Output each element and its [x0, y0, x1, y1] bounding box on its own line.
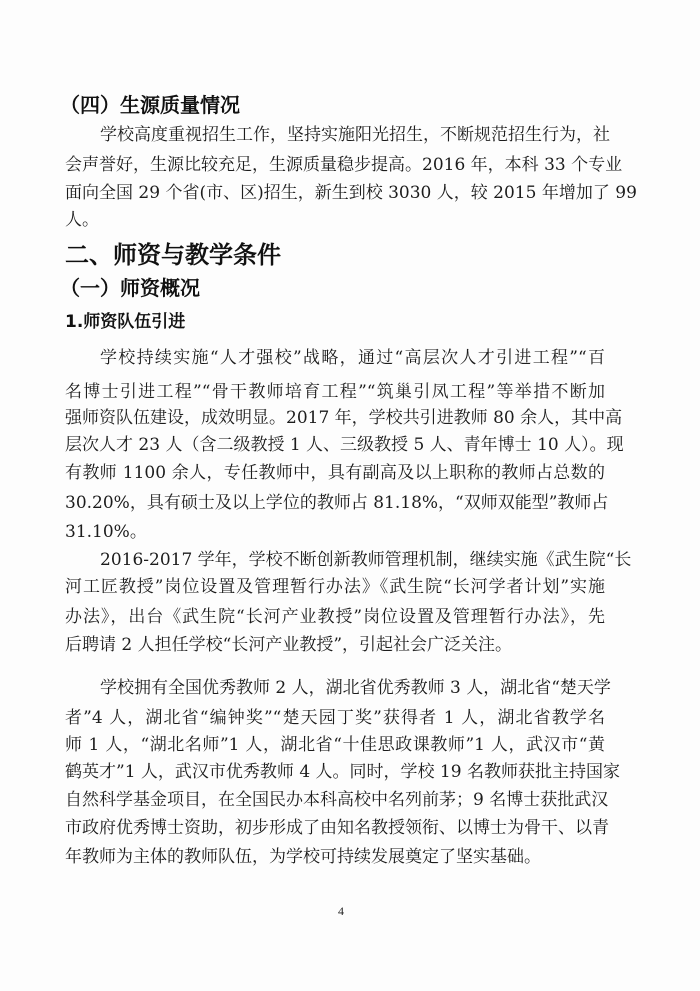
text-line: 30.20%，具有硕士及以上学位的教师占 81.18%，“双师双能型”教师占	[65, 490, 605, 516]
text-line: 后聘请 2 人担任学校“长河产业教授”，引起社会广泛关注。	[65, 632, 605, 658]
text-line: 师 1 人，“湖北名师”1 人，湖北省“十佳思政课教师”1 人，武汉市“黄	[65, 732, 605, 758]
text-line: 面向全国 29 个省(市、区)招生，新生到校 3030 人，较 2015 年增加…	[65, 180, 605, 206]
text-line: 2016-2017 学年，学校不断创新教师管理机制，继续实施《武生院“长	[100, 547, 605, 573]
section-heading-faculty-overview: （一）师资概况	[60, 274, 200, 302]
text-line: 学校高度重视招生工作，坚持实施阳光招生，不断规范招生行为，社	[100, 122, 605, 148]
text-line: 年教师为主体的教师队伍，为学校可持续发展奠定了坚实基础。	[65, 844, 605, 870]
text-line: 31.10%。	[65, 519, 605, 545]
text-line: 名博士引进工程”“骨干教师培育工程”“筑巢引凤工程”等举措不断加	[65, 379, 605, 405]
text-line: 市政府优秀博士资助，初步形成了由知名教授领衔、以博士为骨干、以青	[65, 815, 605, 841]
text-line: 河工匠教授”岗位设置及管理暂行办法》《武生院“长河学者计划”实施	[65, 574, 605, 600]
text-line: 学校拥有全国优秀教师 2 人，湖北省优秀教师 3 人，湖北省“楚天学	[100, 675, 605, 701]
text-line: 会声誉好，生源比较充足，生源质量稳步提高。2016 年，本科 33 个专业	[65, 152, 605, 178]
text-line: 学校持续实施“人才强校”战略，通过“高层次人才引进工程”“百	[100, 345, 605, 371]
text-line: 鹤英才”1 人，武汉市优秀教师 4 人。同时，学校 19 名教师获批主持国家	[65, 759, 605, 785]
text-line: 人。	[65, 207, 605, 233]
text-line: 自然科学基金项目，在全国民办本科高校中名列前茅；9 名博士获批武汉	[65, 787, 605, 813]
text-line: 办法》，出台《武生院“长河产业教授”岗位设置及管理暂行办法》，先	[65, 604, 605, 630]
text-line: 强师资队伍建设，成效明显。2017 年，学校共引进教师 80 余人，其中高	[65, 405, 605, 431]
text-line: 有教师 1100 余人，专任教师中，具有副高及以上职称的教师占总数的	[65, 460, 605, 486]
text-line: 者”4 人，湖北省“编钟奖”“楚天园丁奖”获得者 1 人，湖北省教学名	[65, 705, 605, 731]
text-line: 层次人才 23 人（含二级教授 1 人、三级教授 5 人、青年博士 10 人）。…	[65, 432, 605, 458]
section-heading-enrollment-quality: （四）生源质量情况	[60, 91, 240, 119]
chapter-heading-faculty-teaching: 二、师资与教学条件	[65, 239, 281, 271]
subsection-heading-faculty-recruitment: 1.师资队伍引进	[65, 310, 185, 334]
page-number: 4	[335, 904, 347, 919]
document-page: （四）生源质量情况 学校高度重视招生工作，坚持实施阳光招生，不断规范招生行为，社…	[0, 0, 700, 991]
